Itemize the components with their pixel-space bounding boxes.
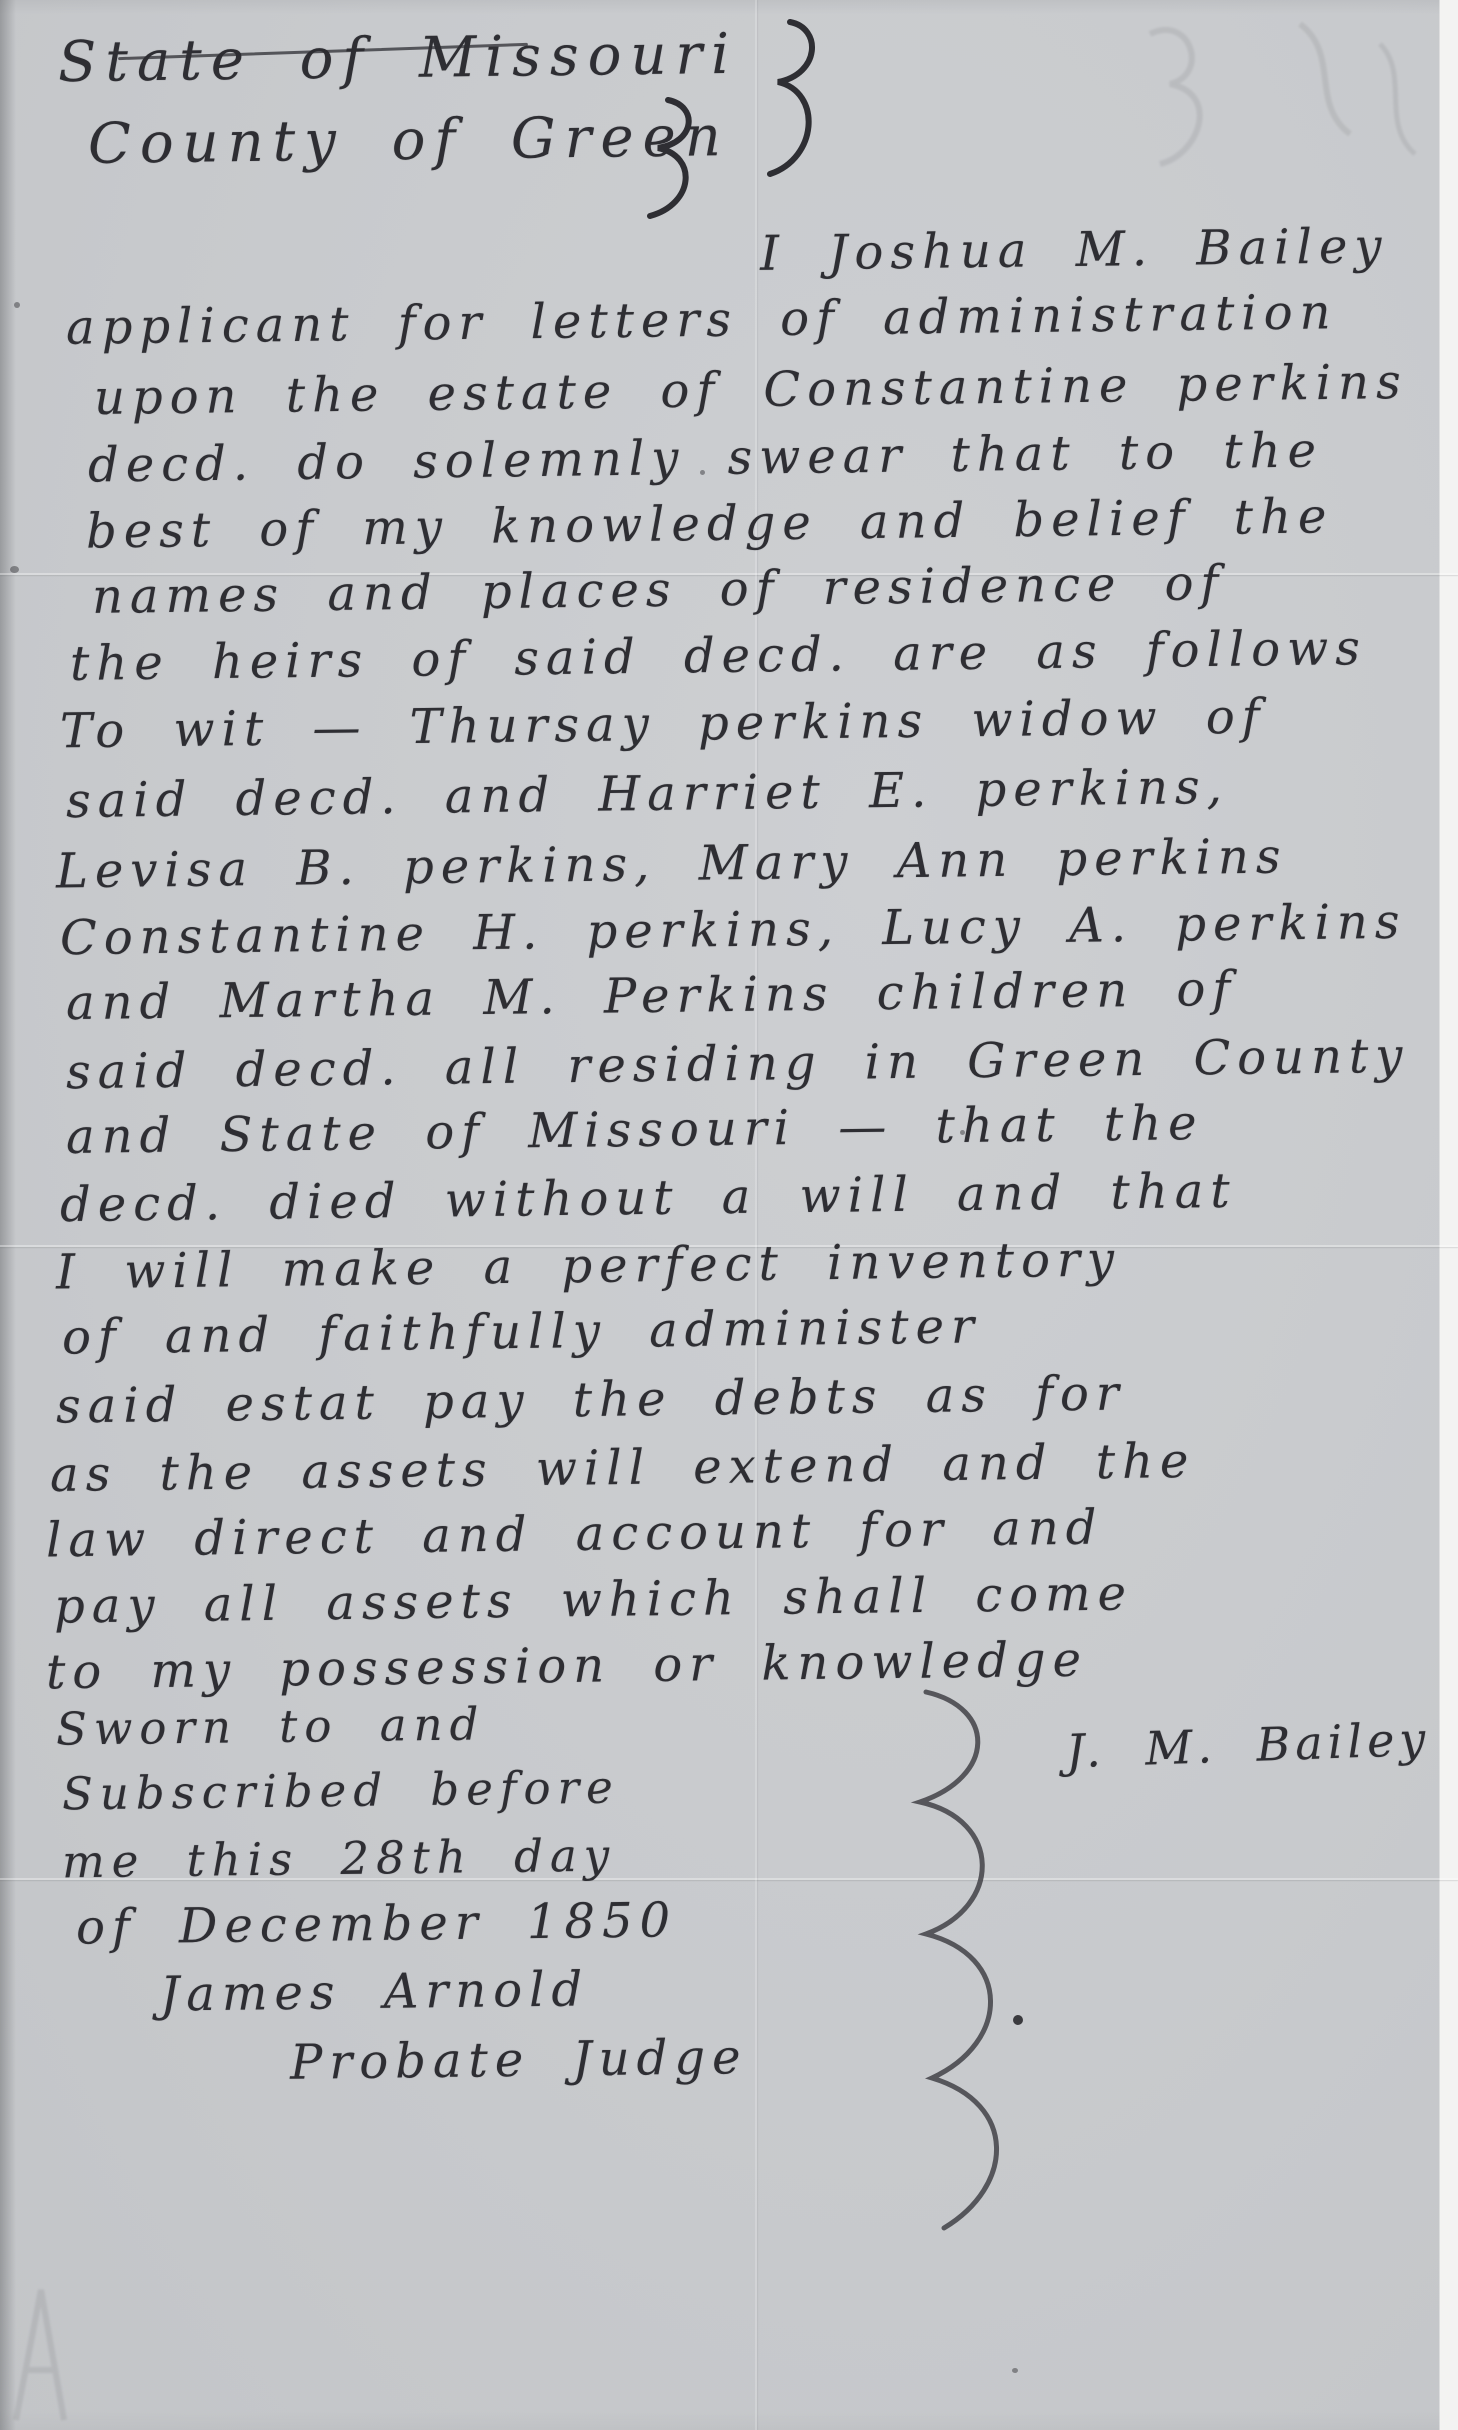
document-line: law direct and account for and (46, 1500, 1104, 1569)
document-line: decd. do solemnly swear that to the (88, 422, 1324, 493)
document-line: County of Green (88, 104, 730, 177)
ink-speck (14, 302, 20, 308)
document-line: me this 28th day (62, 1829, 617, 1889)
document-line: I will make a perfect inventory (56, 1231, 1122, 1300)
ink-speck (10, 566, 19, 573)
document-line: said decd. all residing in Green County (66, 1028, 1410, 1100)
document-page: State of Missouri County of Green I Josh… (0, 0, 1458, 2430)
header-brace-icon (752, 16, 826, 184)
document-line: as the assets will extend and the (50, 1433, 1196, 1503)
document-line: Constantine H. perkins, Lucy A. perkins (60, 894, 1407, 966)
ink-speck (960, 1130, 965, 1135)
document-line: James Arnold (160, 1961, 590, 2022)
document-line: decd. died without a will and that (60, 1163, 1237, 1233)
closing-brace-icon (868, 1690, 1028, 2230)
document-line: upon the estate of Constantine perkins (94, 354, 1408, 426)
document-line: Sworn to and (56, 1697, 486, 1755)
ink-speck (700, 470, 705, 475)
document-line: Levisa B. perkins, Mary Ann perkins (56, 828, 1288, 899)
ink-bleedthrough (1130, 14, 1430, 184)
document-line: I Joshua M. Bailey (760, 218, 1389, 282)
document-line: of December 1850 (76, 1892, 678, 1955)
document-line: said estat pay the debts as for (56, 1365, 1126, 1434)
document-line: applicant for letters of administration (66, 284, 1338, 356)
document-line: said decd. and Harriet E. perkins, (66, 759, 1230, 829)
document-line: To wit — Thursay perkins widow of (60, 689, 1267, 760)
document-line: names and places of residence of (92, 555, 1226, 625)
period-mark (1013, 2015, 1023, 2025)
document-line: Probate Judge (290, 2029, 748, 2091)
document-line: pay all assets which shall come (54, 1565, 1134, 1634)
ink-speck (1012, 2368, 1018, 2373)
document-line: of and faithfully administer (62, 1298, 982, 1365)
pencil-mark (6, 2280, 76, 2430)
document-line: best of my knowledge and belief the (86, 488, 1334, 559)
document-line: the heirs of said decd. are as follows (70, 620, 1367, 692)
document-line: Subscribed before (62, 1761, 620, 1821)
applicant-signature: J. M. Bailey (1065, 1712, 1431, 1779)
document-line: and Martha M. Perkins children of (66, 961, 1238, 1031)
header-brace-icon (636, 96, 702, 222)
document-line: and State of Missouri — that the (66, 1095, 1204, 1165)
